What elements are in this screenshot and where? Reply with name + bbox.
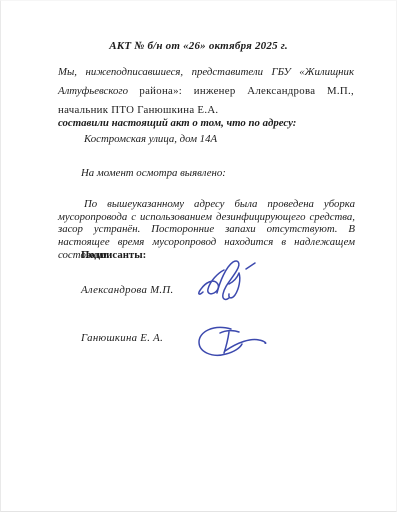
act-document-page: АКТ № б/н от «26» октября 2025 г. Мы, ни… xyxy=(0,0,397,512)
address-line: Костромская улица, дом 14А xyxy=(84,133,217,145)
signatories-heading: Подписанты: xyxy=(81,249,146,261)
act-statement-line: составили настоящий акт о том, что по ад… xyxy=(58,117,358,129)
signature-ganyushkina xyxy=(195,320,271,369)
intro-paragraph: Мы, нижеподписавшиеся, представители ГБУ… xyxy=(58,63,354,120)
signatory-name-aleksandrova: Александрова М.П. xyxy=(81,284,174,296)
document-title: АКТ № б/н от «26» октября 2025 г. xyxy=(1,40,396,52)
signature-aleksandrova xyxy=(197,255,259,310)
signature-ink-2 xyxy=(195,320,271,364)
signatory-name-ganyushkina: Ганюшкина Е. А. xyxy=(81,332,163,344)
inspection-heading: На момент осмотра выявлено: xyxy=(81,167,226,179)
signature-ink-1 xyxy=(197,255,259,305)
